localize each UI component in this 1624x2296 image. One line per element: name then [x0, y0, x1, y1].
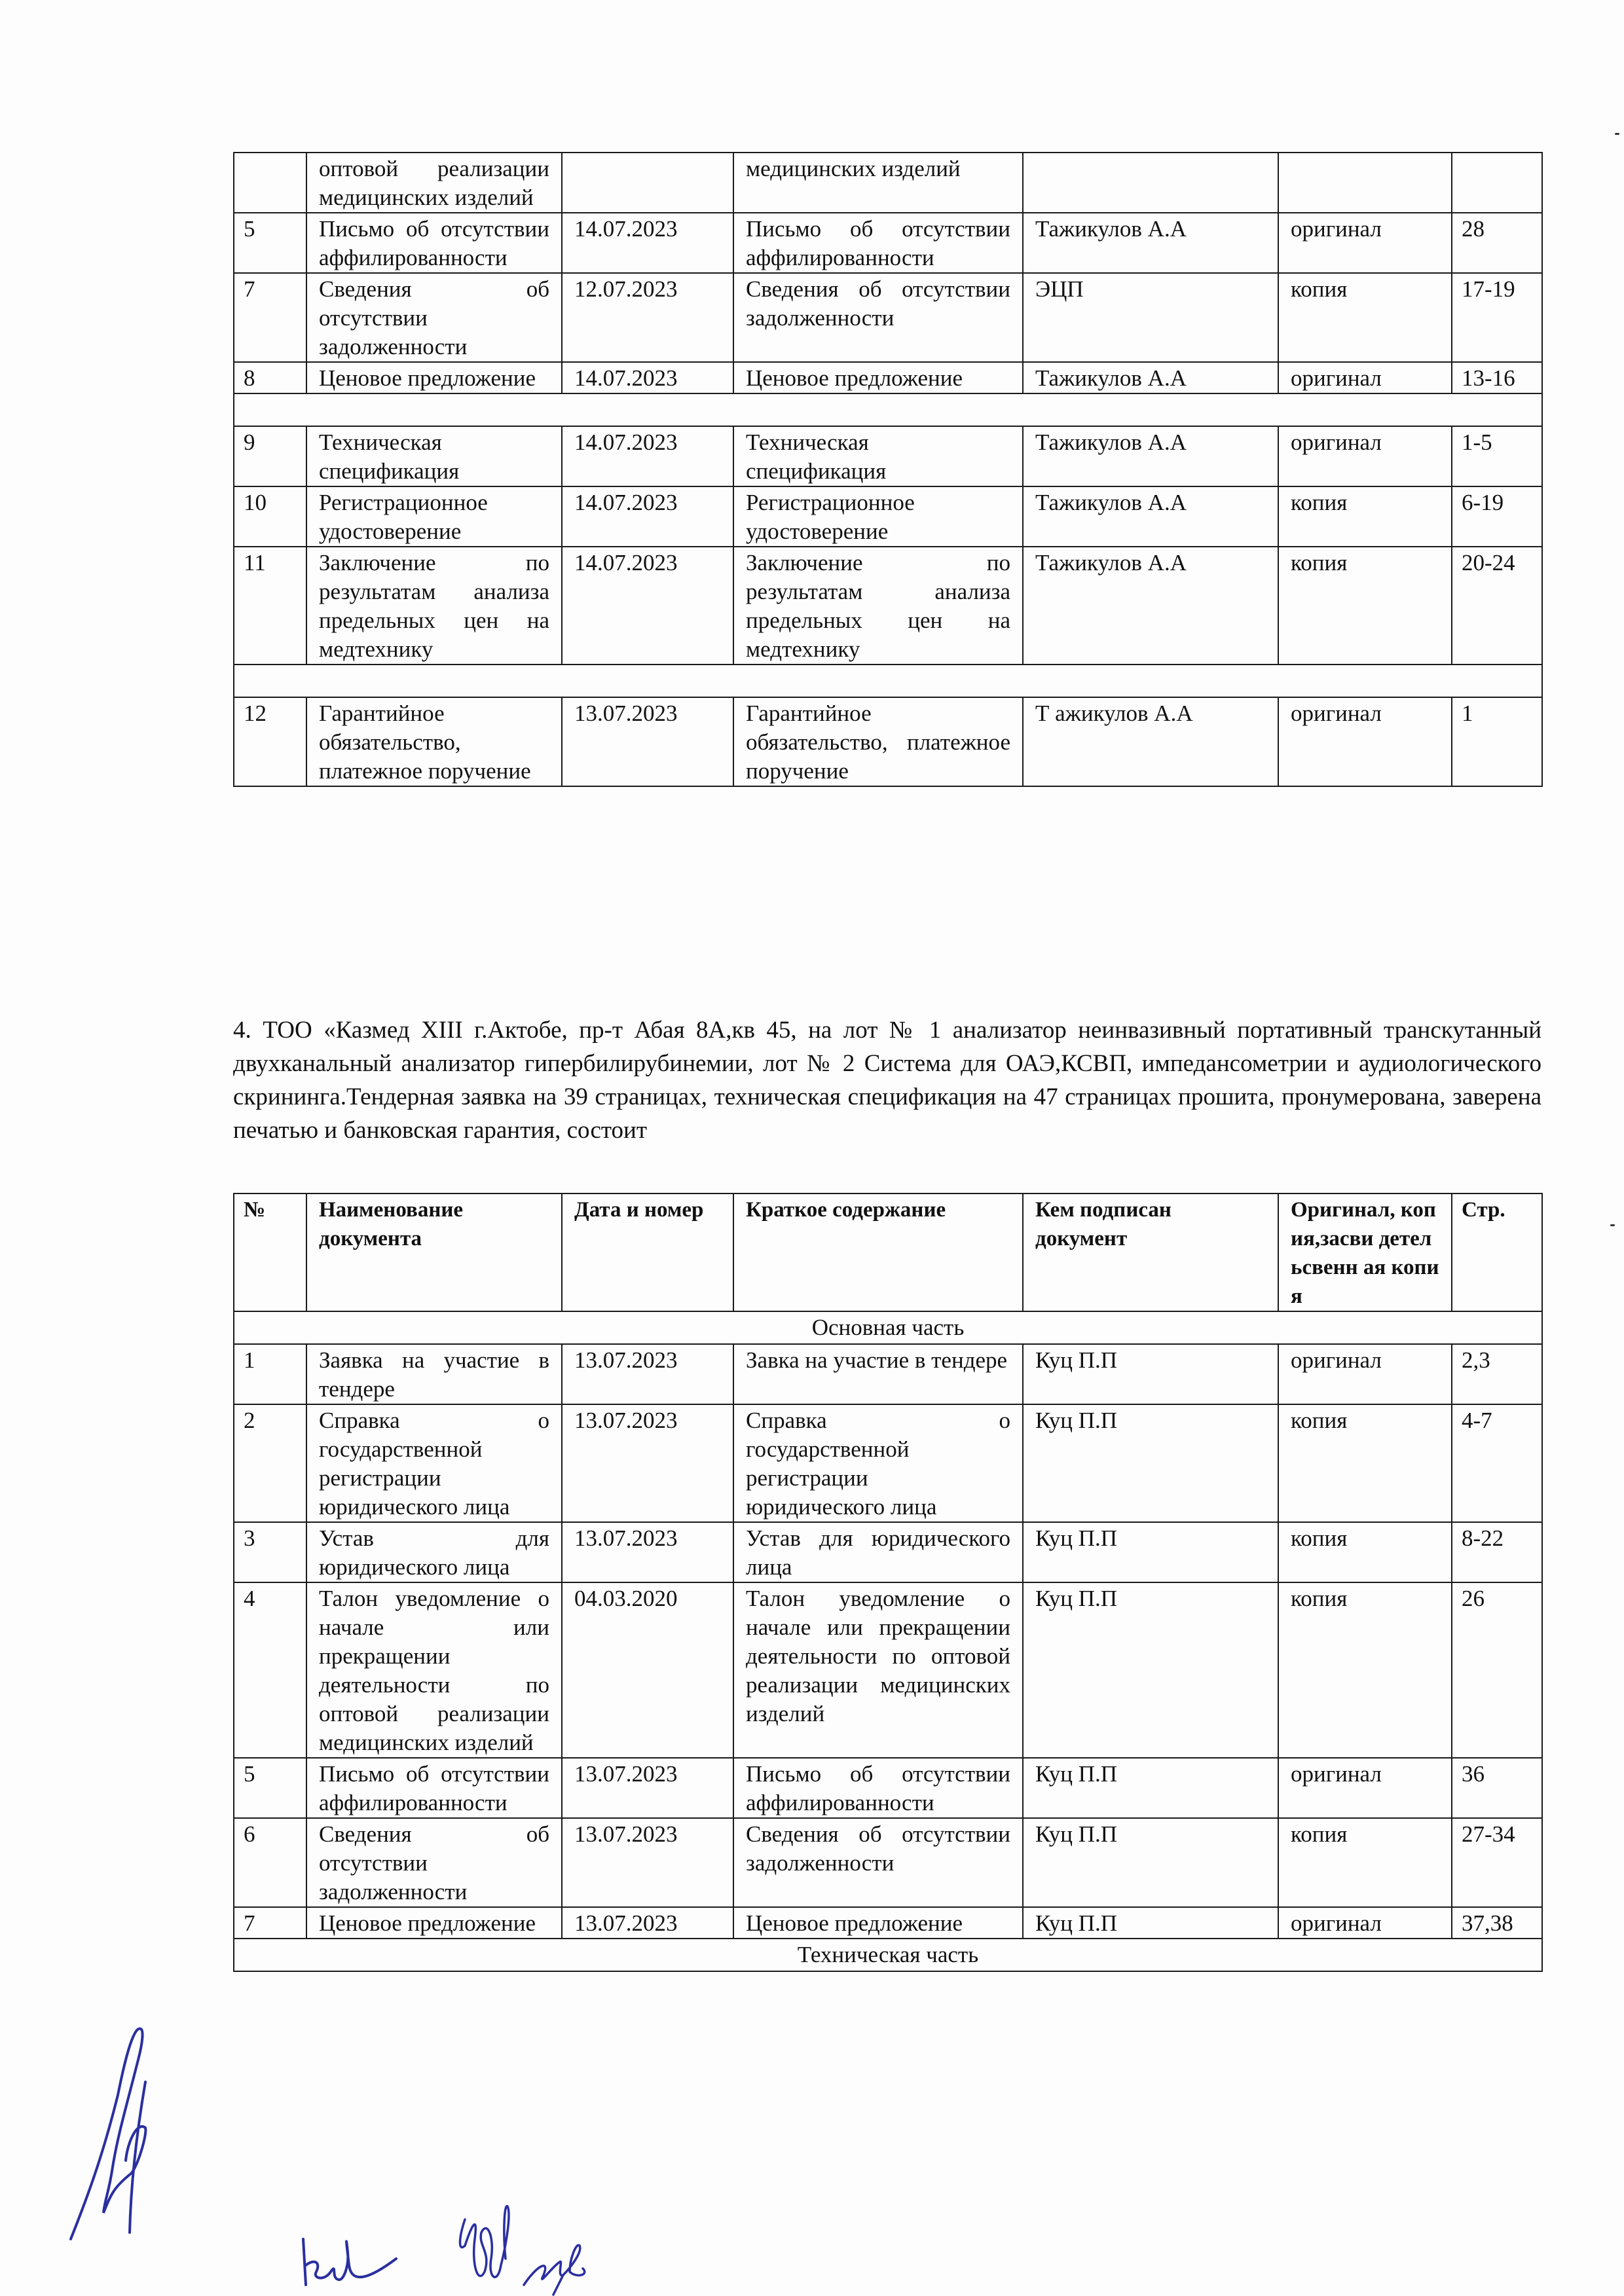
cell-summary: Сведения об отсутствии задолженности [733, 1818, 1023, 1907]
cell-date: 13.07.2023 [562, 697, 733, 786]
table-row: 9Техническая спецификация14.07.2023Техни… [234, 426, 1542, 486]
table-row: 12Гарантийное обязательство, платежное п… [234, 697, 1542, 786]
cell-signed-by: ЭЦП [1023, 273, 1278, 362]
cell-number: 12 [234, 697, 306, 786]
cell-number: 3 [234, 1522, 306, 1582]
cell-doc-name: Регистрационное удостоверение [306, 486, 562, 547]
scanned-page: оптовой реализации медицинских изделийме… [0, 0, 1624, 2296]
cell-doc-name: Гарантийное обязательство, платежное пор… [306, 697, 562, 786]
section-label [234, 393, 1542, 426]
cell-doc-name: Заключение по результатам анализа предел… [306, 547, 562, 665]
cell-kind: оригинал [1278, 213, 1452, 273]
cell-doc-name: Сведения об отсутствии задолженности [306, 1818, 562, 1907]
col-header-kind: Оригинал, копия,засви детельсвенн ая коп… [1278, 1194, 1452, 1311]
cell-signed-by: Куц П.П [1023, 1907, 1278, 1939]
cell-date: 14.07.2023 [562, 547, 733, 665]
col-header-signed-by: Кем подписан документ [1023, 1194, 1278, 1311]
table-row: 2Справка о государственной регистрации ю… [234, 1404, 1542, 1522]
cell-number: 5 [234, 1758, 306, 1818]
table-row: 8Ценовое предложение14.07.2023Ценовое пр… [234, 362, 1542, 393]
documents-table-kazmed: № Наименование документа Дата и номер Кр… [233, 1193, 1543, 1972]
table-row: 10Регистрационное удостоверение14.07.202… [234, 486, 1542, 547]
cell-number: 4 [234, 1582, 306, 1758]
cell-kind: копия [1278, 1522, 1452, 1582]
signature-bottom-2 [452, 2200, 524, 2296]
cell-summary: медицинских изделий [733, 153, 1023, 213]
section-row: Техническая часть [234, 1939, 1542, 1971]
cell-number: 5 [234, 213, 306, 273]
cell-signed-by: Тажикулов А.А [1023, 486, 1278, 547]
cell-pages: 13-16 [1452, 362, 1542, 393]
scan-speck [1615, 133, 1619, 135]
cell-signed-by: Куц П.П [1023, 1758, 1278, 1818]
supplier-paragraph: 4. ТОО «Казмед XIII г.Актобе, пр-т Абая … [233, 1013, 1541, 1147]
cell-signed-by: Тажикулов А.А [1023, 362, 1278, 393]
table-row: 5Письмо об отсутствии аффилированности14… [234, 213, 1542, 273]
cell-number: 1 [234, 1344, 306, 1404]
cell-summary: Гарантийное обязательство, платежное пор… [733, 697, 1023, 786]
cell-pages: 17-19 [1452, 273, 1542, 362]
cell-number: 9 [234, 426, 306, 486]
cell-doc-name: Заявка на участие в тендере [306, 1344, 562, 1404]
table-row: 5Письмо об отсутствии аффилированности13… [234, 1758, 1542, 1818]
table-row: 11Заключение по результатам анализа пред… [234, 547, 1542, 665]
cell-signed-by: Тажикулов А.А [1023, 426, 1278, 486]
table-row: 4Талон уведомление о начале или прекраще… [234, 1582, 1542, 1758]
cell-summary: Завка на участие в тендере [733, 1344, 1023, 1404]
cell-kind: оригинал [1278, 1907, 1452, 1939]
cell-summary: Письмо об отсутствии аффилированности [733, 213, 1023, 273]
cell-doc-name: Ценовое предложение [306, 1907, 562, 1939]
section-label: Техническая часть [234, 1939, 1542, 1971]
cell-summary: Ценовое предложение [733, 362, 1023, 393]
table-row: 7Сведения об отсутствии задолженности12.… [234, 273, 1542, 362]
cell-number: 10 [234, 486, 306, 547]
cell-pages: 8-22 [1452, 1522, 1542, 1582]
cell-kind: оригинал [1278, 426, 1452, 486]
cell-doc-name: оптовой реализации медицинских изделий [306, 153, 562, 213]
table-row: 3Устав для юридического лица13.07.2023Ус… [234, 1522, 1542, 1582]
cell-number: 7 [234, 1907, 306, 1939]
col-header-date: Дата и номер [562, 1194, 733, 1311]
cell-doc-name: Письмо об отсутствии аффилированности [306, 213, 562, 273]
signature-bottom-1 [298, 2226, 403, 2291]
cell-summary: Ценовое предложение [733, 1907, 1023, 1939]
cell-summary: Техническая спецификация [733, 426, 1023, 486]
scan-speck [1610, 1224, 1615, 1226]
cell-kind: копия [1278, 1582, 1452, 1758]
cell-date: 13.07.2023 [562, 1404, 733, 1522]
cell-kind [1278, 153, 1452, 213]
cell-summary: Талон уведомление о начале или прекращен… [733, 1582, 1023, 1758]
table-row: 7Ценовое предложение13.07.2023Ценовое пр… [234, 1907, 1542, 1939]
cell-date: 12.07.2023 [562, 273, 733, 362]
cell-doc-name: Устав для юридического лица [306, 1522, 562, 1582]
cell-date: 04.03.2020 [562, 1582, 733, 1758]
cell-signed-by: Куц П.П [1023, 1404, 1278, 1522]
cell-doc-name: Сведения об отсутствии задолженности [306, 273, 562, 362]
cell-doc-name: Справка о государственной регистрации юр… [306, 1404, 562, 1522]
cell-date: 13.07.2023 [562, 1522, 733, 1582]
signature-left-margin [65, 2016, 157, 2252]
cell-pages: 1-5 [1452, 426, 1542, 486]
table-row: 1Заявка на участие в тендере13.07.2023За… [234, 1344, 1542, 1404]
cell-number: 2 [234, 1404, 306, 1522]
col-header-summary: Краткое содержание [733, 1194, 1023, 1311]
cell-pages: 20-24 [1452, 547, 1542, 665]
cell-date: 14.07.2023 [562, 486, 733, 547]
empty-row [234, 665, 1542, 697]
cell-signed-by: Куц П.П [1023, 1582, 1278, 1758]
cell-date: 13.07.2023 [562, 1907, 733, 1939]
cell-kind: копия [1278, 1818, 1452, 1907]
cell-number: 8 [234, 362, 306, 393]
cell-pages: 27-34 [1452, 1818, 1542, 1907]
cell-pages: 6-19 [1452, 486, 1542, 547]
cell-date [562, 153, 733, 213]
cell-date: 13.07.2023 [562, 1818, 733, 1907]
cell-pages: 36 [1452, 1758, 1542, 1818]
cell-kind: копия [1278, 1404, 1452, 1522]
table-row: оптовой реализации медицинских изделийме… [234, 153, 1542, 213]
cell-kind: копия [1278, 273, 1452, 362]
cell-date: 13.07.2023 [562, 1344, 733, 1404]
cell-doc-name: Талон уведомление о начале или прекращен… [306, 1582, 562, 1758]
cell-doc-name: Техническая спецификация [306, 426, 562, 486]
cell-kind: оригинал [1278, 697, 1452, 786]
cell-number [234, 153, 306, 213]
cell-summary: Письмо об отсутствии аффилированности [733, 1758, 1023, 1818]
cell-summary: Устав для юридического лица [733, 1522, 1023, 1582]
cell-pages: 1 [1452, 697, 1542, 786]
table-header-row: № Наименование документа Дата и номер Кр… [234, 1194, 1542, 1311]
cell-date: 13.07.2023 [562, 1758, 733, 1818]
cell-pages: 37,38 [1452, 1907, 1542, 1939]
cell-date: 14.07.2023 [562, 213, 733, 273]
cell-pages: 26 [1452, 1582, 1542, 1758]
section-label [234, 665, 1542, 697]
cell-summary: Справка о государственной регистрации юр… [733, 1404, 1023, 1522]
signature-bottom-3 [517, 2239, 596, 2296]
col-header-doc-name: Наименование документа [306, 1194, 562, 1311]
cell-signed-by: Куц П.П [1023, 1344, 1278, 1404]
cell-number: 7 [234, 273, 306, 362]
cell-date: 14.07.2023 [562, 362, 733, 393]
cell-kind: копия [1278, 547, 1452, 665]
cell-pages: 2,3 [1452, 1344, 1542, 1404]
cell-kind: копия [1278, 486, 1452, 547]
cell-signed-by: Куц П.П [1023, 1522, 1278, 1582]
section-label: Основная часть [234, 1311, 1542, 1344]
cell-kind: оригинал [1278, 362, 1452, 393]
col-header-number: № [234, 1194, 306, 1311]
cell-signed-by: Тажикулов А.А [1023, 547, 1278, 665]
table-row: 6Сведения об отсутствии задолженности13.… [234, 1818, 1542, 1907]
cell-kind: оригинал [1278, 1344, 1452, 1404]
cell-pages: 4-7 [1452, 1404, 1542, 1522]
documents-table-continued: оптовой реализации медицинских изделийме… [233, 152, 1543, 787]
cell-pages [1452, 153, 1542, 213]
cell-date: 14.07.2023 [562, 426, 733, 486]
cell-summary: Регистрационное удостоверение [733, 486, 1023, 547]
cell-doc-name: Ценовое предложение [306, 362, 562, 393]
col-header-pages: Стр. [1452, 1194, 1542, 1311]
cell-number: 6 [234, 1818, 306, 1907]
section-row: Основная часть [234, 1311, 1542, 1344]
cell-pages: 28 [1452, 213, 1542, 273]
empty-row [234, 393, 1542, 426]
cell-kind: оригинал [1278, 1758, 1452, 1818]
cell-number: 11 [234, 547, 306, 665]
cell-signed-by: Т ажикулов А.А [1023, 697, 1278, 786]
cell-summary: Заключение по результатам анализа предел… [733, 547, 1023, 665]
cell-signed-by: Куц П.П [1023, 1818, 1278, 1907]
cell-signed-by: Тажикулов А.А [1023, 213, 1278, 273]
cell-summary: Сведения об отсутствии задолженности [733, 273, 1023, 362]
cell-signed-by [1023, 153, 1278, 213]
cell-doc-name: Письмо об отсутствии аффилированности [306, 1758, 562, 1818]
